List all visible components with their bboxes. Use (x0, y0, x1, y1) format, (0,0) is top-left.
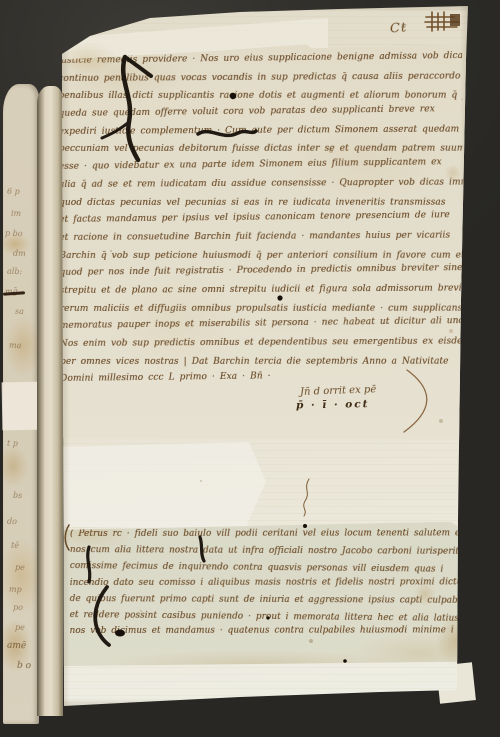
manuscript-line: et factas mandamus per ipsius vel ipsius… (59, 207, 463, 230)
manuscript-line: quod per nos inde fuit registratis · Pro… (59, 260, 463, 283)
bleedthrough-text-fragment: pe (15, 564, 25, 572)
bleedthrough-text-fragment: b o (17, 662, 31, 670)
manuscript-line: queda sue quedam offerre voluit cora vob… (58, 101, 462, 124)
manuscript-line: alia q̄ ad se et rem iudicatam diu assid… (59, 174, 463, 194)
bleedthrough-text-fragment: do (7, 518, 17, 526)
adjacent-page-strip: 6 pimp bodmalb:mḡsamat pbsdotēpemppopeam… (3, 84, 39, 724)
manuscript-line: nos cum alia littera nostra data ut infr… (70, 542, 458, 560)
bleedthrough-text-fragment: mp (9, 586, 22, 594)
bleedthrough-text-fragment: alb: (7, 268, 22, 277)
chancery-signature: Jn̄ d orrit ex pē p̄ · ī · oct (300, 384, 470, 410)
manuscript-line: et racione in consuetudine Barchin fuit … (59, 227, 463, 247)
second-letter-text-block: ( Petrus rc · fideli suo baiulo vill pod… (69, 526, 458, 646)
manuscript-line: nos vob dicimus et mandamus · quatenus c… (70, 622, 458, 639)
page-edge-shadow-top (52, 2, 472, 12)
pasted-slip-upper: iusticie remediis providere · Nos uro ei… (54, 41, 468, 442)
ink-specks (52, 2, 54, 4)
manuscript-line: strepitu et de plano ac sine omni strepi… (59, 280, 463, 300)
bleedthrough-text-fragment: ma (9, 342, 22, 350)
bleedthrough-text-fragment: dm (13, 250, 26, 258)
signature-line: Jn̄ d orrit ex pē (300, 381, 470, 398)
bleedthrough-text-fragment: pe (15, 624, 25, 632)
paper-patch-middle (52, 442, 266, 530)
page-edge-shadow-right (460, 2, 472, 710)
manuscript-line: Nos enim vob sup predictis omnibus et de… (60, 334, 464, 354)
manuscript-line: expediri iusticie complementum · Cum aut… (58, 121, 462, 141)
manuscript-line: de quibus fuerunt primo capti sunt de in… (70, 591, 458, 609)
bleedthrough-text-fragment: im (11, 210, 21, 218)
stamp-dark-block (450, 14, 460, 26)
manuscript-page: Cŧ iusticie remediis providere · Nos uro… (52, 2, 472, 710)
bleedthrough-text-fragment: sa (15, 308, 24, 316)
binding-gutter (37, 86, 63, 716)
bleedthrough-text-fragment: po (13, 604, 23, 612)
manuscript-line: ( Petrus rc · fideli suo baiulo vill pod… (70, 526, 458, 542)
bleedthrough-text-fragment: bs (13, 492, 23, 500)
manuscript-line: continuo penalibus quas vocas vocandis i… (58, 68, 462, 88)
bleedthrough-text-fragment: 6 p (7, 188, 20, 196)
bleedthrough-text-fragment: tē (11, 542, 19, 551)
page-edge-shadow-bottom (52, 698, 472, 708)
letter-text-block: iusticie remediis providere · Nos uro ei… (58, 51, 464, 399)
pasted-slip-lower: ( Petrus rc · fideli suo baiulo vill pod… (59, 520, 464, 668)
bleedthrough-text-fragment: amē (7, 642, 27, 651)
registry-mark: Cŧ (389, 20, 407, 36)
signature-notation: p̄ · ī · oct (296, 396, 470, 411)
bleedthrough-text-fragment: p bo (5, 230, 23, 239)
manuscript-line: esse · quo videbatur ex una parte idem S… (59, 154, 463, 177)
manuscript-line: memoratus pauper inops et miserabilis si… (60, 313, 464, 336)
bleedthrough-text-fragment: t p (7, 440, 18, 448)
photo-of-manuscript: 6 pimp bodmalb:mḡsamat pbsdotēpemppopeam… (0, 0, 500, 737)
margin-squiggle (304, 479, 309, 516)
manuscript-line: incendio dato seu comisso i aliquibus ma… (70, 574, 458, 591)
